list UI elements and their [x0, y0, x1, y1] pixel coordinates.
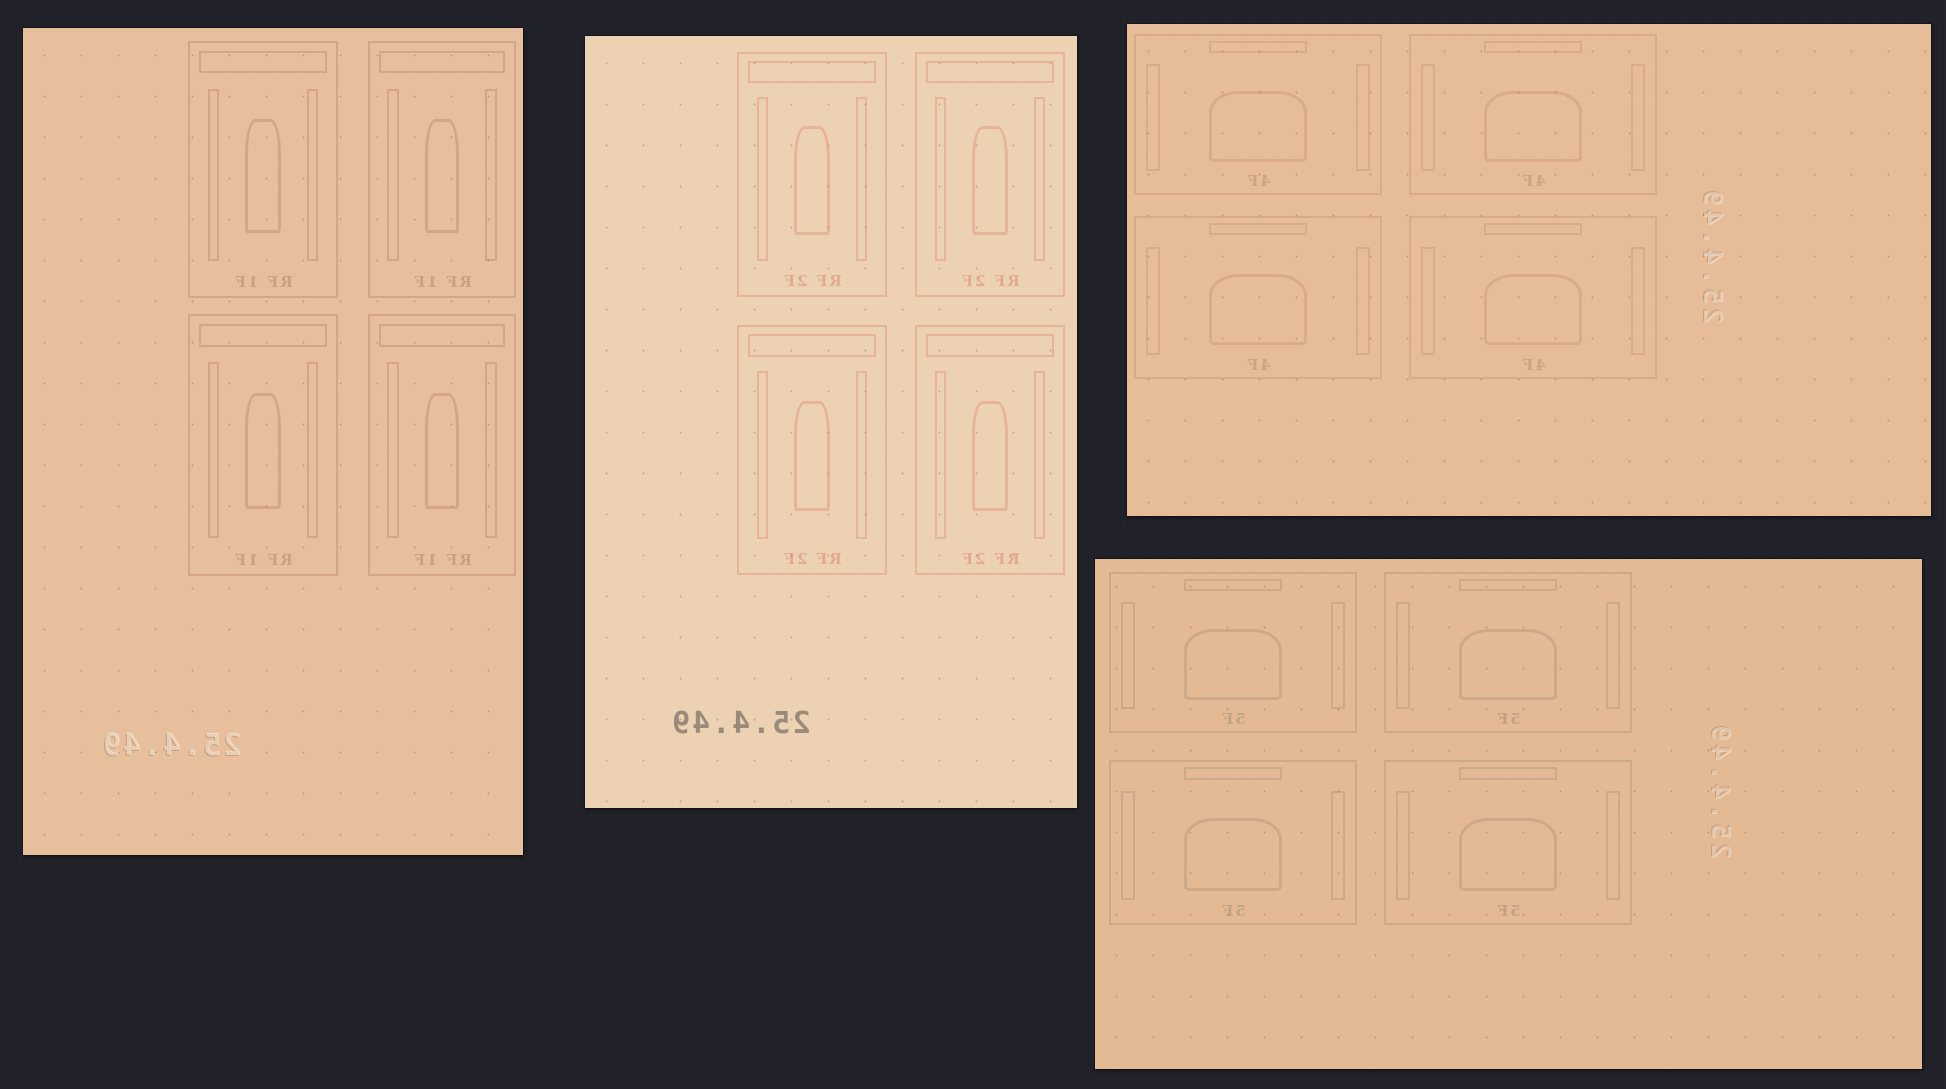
- stamp-caption: RF 2F: [745, 550, 879, 568]
- stamp-caption: RF 2F: [923, 550, 1057, 568]
- stamp-frame: [1631, 64, 1646, 171]
- stamp-caption: 4F: [1421, 356, 1646, 374]
- stamp-frame: [1606, 791, 1621, 901]
- stamp: RF 1F: [368, 314, 516, 576]
- stamp-frame: [1034, 97, 1046, 261]
- stamp-top-band: [926, 61, 1055, 83]
- stamp-caption: RF 1F: [376, 551, 509, 569]
- stamp-top-band: [1184, 579, 1282, 592]
- stamp: RF 2F: [737, 325, 887, 575]
- stamp-top-band: [199, 324, 328, 347]
- stamp-figure: [794, 126, 829, 234]
- stamp-figure: [425, 393, 460, 509]
- stamp-figure: [1484, 91, 1582, 162]
- stamp-frame: [1121, 602, 1136, 709]
- stamp-frame: [757, 97, 769, 261]
- stamp-frame: [757, 371, 769, 538]
- stamp-frame: [1146, 64, 1161, 171]
- stamp-top-band: [1459, 579, 1557, 592]
- stamp-frame: [208, 362, 220, 537]
- stamp: RF 1F: [368, 41, 516, 298]
- stamp: RF 2F: [915, 325, 1065, 575]
- margin-date: 25.4.49: [101, 728, 241, 763]
- stamp-frame: [1034, 371, 1046, 538]
- stamp: 5F: [1109, 572, 1357, 733]
- stamp-figure: [972, 401, 1007, 512]
- stamp-top-band: [199, 51, 328, 74]
- stamp-figure: [1484, 274, 1582, 346]
- stamp-caption: 4F: [1421, 172, 1646, 190]
- stamp-figure: [794, 401, 829, 512]
- stamp-block-1: RF 1F RF 1F RF 1F RF 1F 25.4.49: [23, 28, 523, 855]
- stamp-caption: RF 1F: [376, 273, 509, 291]
- stamp: 4F: [1134, 216, 1382, 379]
- stamp: 5F: [1384, 572, 1632, 733]
- stamp-caption: 5F: [1396, 902, 1621, 920]
- stamp-figure: [972, 126, 1007, 234]
- stamp-top-band: [748, 334, 877, 356]
- stamp-figure: [1209, 91, 1307, 162]
- stamp: RF 1F: [188, 314, 338, 576]
- stamp-frame: [1631, 247, 1646, 355]
- stamp-block-4: 5F 5F 5F 5F 25.4.49: [1095, 559, 1922, 1069]
- stamp-frame: [1606, 602, 1621, 709]
- stamp-top-band: [748, 61, 877, 83]
- stamp-figure: [1184, 818, 1282, 890]
- stamp-frame: [1396, 791, 1411, 901]
- stamp-caption: 5F: [1396, 710, 1621, 728]
- stamp-frame: [1121, 791, 1136, 901]
- stamp-top-band: [379, 51, 506, 74]
- stamp-block-2: RF 2F RF 2F RF 2F RF 2F 25.4.49: [585, 36, 1077, 808]
- stamp-frame: [1356, 247, 1371, 355]
- stamp-frame: [1396, 602, 1411, 709]
- stamp: RF 1F: [188, 41, 338, 298]
- stamp: 4F: [1409, 216, 1657, 379]
- stamp-caption: RF 2F: [745, 272, 879, 290]
- stamp-frame: [935, 97, 947, 261]
- margin-date: 25.4.49: [1697, 186, 1727, 324]
- stamp-caption: 5F: [1121, 710, 1346, 728]
- stamp-top-band: [1484, 223, 1582, 236]
- stamp-frame: [387, 89, 399, 261]
- stamp-frame: [856, 97, 868, 261]
- stamp: 5F: [1384, 760, 1632, 925]
- stamp-frame: [387, 362, 399, 537]
- stamp-frame: [1421, 247, 1436, 355]
- stamp-figure: [1184, 629, 1282, 700]
- stamp-top-band: [1484, 41, 1582, 54]
- stamp-caption: 4F: [1146, 172, 1371, 190]
- stamp-frame: [485, 362, 497, 537]
- stamp-figure: [245, 119, 280, 233]
- stamp-top-band: [1184, 767, 1282, 780]
- stamp-frame: [307, 362, 319, 537]
- stamp-figure: [425, 119, 460, 233]
- stamp-caption: RF 2F: [923, 272, 1057, 290]
- stamp-frame: [1331, 791, 1346, 901]
- stamp: 4F: [1409, 34, 1657, 195]
- stamp-frame: [1356, 64, 1371, 171]
- margin-date: 25.4.49: [670, 706, 810, 741]
- stamp-frame: [1146, 247, 1161, 355]
- stamp-block-3: 4F 4F 4F 4F 25.4.49: [1127, 24, 1931, 516]
- stamp-caption: 5F: [1121, 902, 1346, 920]
- stamp-figure: [245, 393, 280, 509]
- stamp-frame: [1421, 64, 1436, 171]
- stamp-top-band: [926, 334, 1055, 356]
- stamp-top-band: [1459, 767, 1557, 780]
- stamp-frame: [485, 89, 497, 261]
- stamp-frame: [856, 371, 868, 538]
- margin-date: 25.4.49: [1705, 721, 1735, 859]
- stamp-caption: 4F: [1146, 356, 1371, 374]
- stamp-frame: [208, 89, 220, 261]
- stamp-caption: RF 1F: [196, 551, 330, 569]
- stamp-top-band: [1209, 41, 1307, 54]
- stamp-top-band: [379, 324, 506, 347]
- stamp-caption: RF 1F: [196, 273, 330, 291]
- stamp-figure: [1209, 274, 1307, 346]
- stamp-frame: [935, 371, 947, 538]
- stamp: RF 2F: [737, 52, 887, 297]
- stamp-frame: [1331, 602, 1346, 709]
- stamp-figure: [1459, 629, 1557, 700]
- stamp-figure: [1459, 818, 1557, 890]
- stamp-frame: [307, 89, 319, 261]
- stamp: 5F: [1109, 760, 1357, 925]
- stamp: 4F: [1134, 34, 1382, 195]
- stamp: RF 2F: [915, 52, 1065, 297]
- stamp-top-band: [1209, 223, 1307, 236]
